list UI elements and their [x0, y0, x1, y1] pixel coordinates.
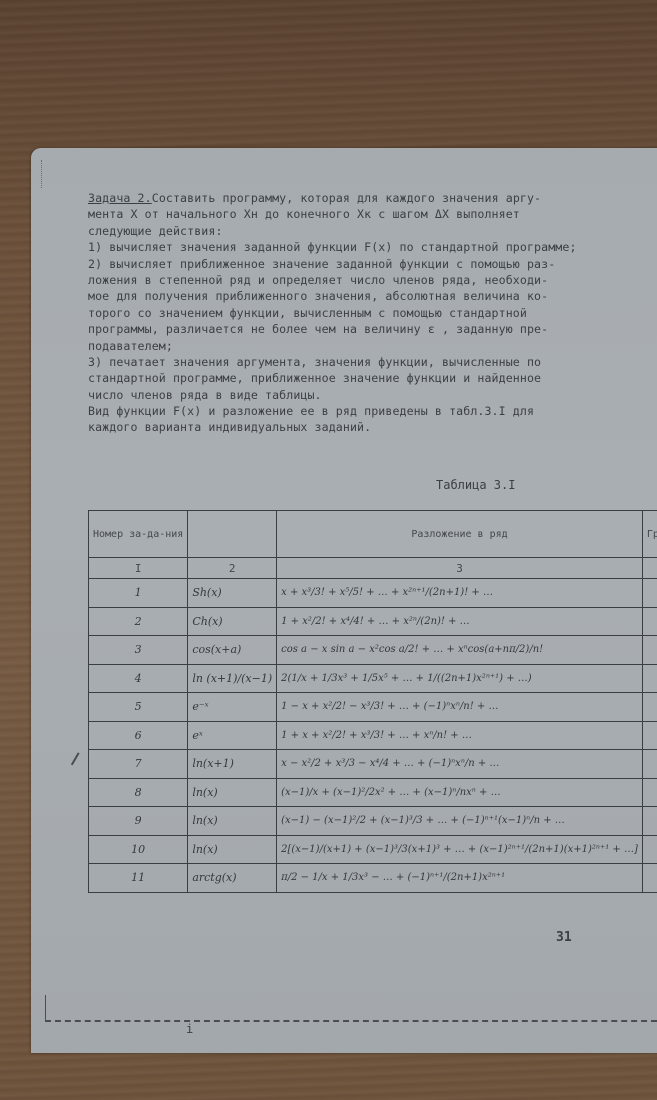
table-row: 1Sh(x)x + x³/3! + x⁵/5! + … + x²ⁿ⁺¹/(2n+… — [89, 579, 657, 608]
function-cell: ln(x) — [188, 778, 277, 807]
bounds-cell: |x| < ∞ — [642, 579, 657, 608]
text-line: 1) вычисляет значения заданной функции F… — [88, 239, 608, 255]
text-line: каждого варианта индивидуальных заданий. — [88, 419, 608, 435]
series-cell: cos a − x sin a − x²cos a/2! + … + xⁿcos… — [277, 636, 643, 665]
task-number: 7 — [89, 750, 188, 779]
task-number: 9 — [89, 807, 188, 836]
header-bounds: Границы аргумента — [642, 511, 657, 558]
bounds-cell: |x| < ∞ — [642, 721, 657, 750]
table-row: 10ln(x)2[(x−1)/(x+1) + (x−1)³/3(x+1)³ + … — [89, 835, 657, 864]
bounds-cell: x > 0 — [642, 835, 657, 864]
margin-dots — [41, 160, 44, 188]
series-cell: 1 + x + x²/2! + x³/3! + … + xⁿ/n! + … — [277, 721, 643, 750]
task-number: 6 — [89, 721, 188, 750]
function-cell: eˣ — [188, 721, 277, 750]
table-row: 4ln (x+1)/(x−1)2(1/x + 1/3x³ + 1/5x⁵ + …… — [89, 664, 657, 693]
bounds-cell: 0 < |x| < 1 — [642, 750, 657, 779]
column-index-row: I 2 3 4 — [89, 558, 657, 579]
bottom-border-line — [45, 1020, 657, 1022]
bounds-cell: |x| < ∞ — [642, 636, 657, 665]
bounds-cell: |x| < ∞ — [642, 693, 657, 722]
bounds-cell: x > 1/2 — [642, 778, 657, 807]
text-line: Вид функции F(x) и разложение ее в ряд п… — [88, 403, 608, 419]
text-line: мое для получения приближенного значения… — [88, 288, 608, 304]
series-table: Номер за-да-ния Разложение в ряд Границы… — [88, 510, 657, 893]
function-cell: e⁻ˣ — [188, 693, 277, 722]
table-row: 2Ch(x)1 + x²/2! + x⁴/4! + … + x²ⁿ/(2n)! … — [89, 607, 657, 636]
function-cell: ln (x+1)/(x−1) — [188, 664, 277, 693]
series-cell: (x−1) − (x−1)²/2 + (x−1)³/3 + … + (−1)ⁿ⁺… — [277, 807, 643, 836]
table-header-row: Номер за-да-ния Разложение в ряд Границы… — [89, 511, 657, 558]
table-caption: Таблица 3.I — [436, 478, 515, 492]
table-row: 9ln(x)(x−1) − (x−1)²/2 + (x−1)³/3 + … + … — [89, 807, 657, 836]
bounds-cell: |x| < ∞ — [642, 607, 657, 636]
bounds-cell: |x| > 1 — [642, 664, 657, 693]
function-cell: Ch(x) — [188, 607, 277, 636]
text-line: следующие действия: — [88, 223, 608, 239]
series-cell: (x−1)/x + (x−1)²/2x² + … + (x−1)ⁿ/nxⁿ + … — [277, 778, 643, 807]
function-cell: cos(x+a) — [188, 636, 277, 665]
table-row: 5e⁻ˣ1 − x + x²/2! − x³/3! + … + (−1)ⁿxⁿ/… — [89, 693, 657, 722]
header-task-number: Номер за-да-ния — [89, 511, 188, 558]
series-cell: x + x³/3! + x⁵/5! + … + x²ⁿ⁺¹/(2n+1)! + … — [277, 579, 643, 608]
bottom-mark: i — [186, 1022, 193, 1036]
task-heading: Задача 2. — [88, 191, 152, 205]
text-line: мента X от начального Xн до конечного Xк… — [88, 206, 608, 222]
text-line: программы, различается не более чем на в… — [88, 321, 608, 337]
series-cell: 1 + x²/2! + x⁴/4! + … + x²ⁿ/(2n)! + … — [277, 607, 643, 636]
header-function — [188, 511, 277, 558]
task-number: 5 — [89, 693, 188, 722]
function-cell: ln(x) — [188, 835, 277, 864]
text-line: Задача 2.Составить программу, которая дл… — [88, 190, 608, 206]
text-line: стандартной программе, приближенное знач… — [88, 370, 608, 386]
text-line: 3) печатает значения аргумента, значения… — [88, 354, 608, 370]
series-cell: 1 − x + x²/2! − x³/3! + … + (−1)ⁿxⁿ/n! +… — [277, 693, 643, 722]
text-line: подавателем; — [88, 338, 608, 354]
text-line: 2) вычисляет приближенное значение задан… — [88, 256, 608, 272]
task-number: 2 — [89, 607, 188, 636]
text-line: торого со значением функции, вычисленным… — [88, 305, 608, 321]
task-number: 3 — [89, 636, 188, 665]
task-number: 8 — [89, 778, 188, 807]
page-number: 31 — [556, 930, 572, 945]
series-cell: 2[(x−1)/(x+1) + (x−1)³/3(x+1)³ + … + (x−… — [277, 835, 643, 864]
text-line: число членов ряда в виде таблицы. — [88, 387, 608, 403]
function-cell: ln(x+1) — [188, 750, 277, 779]
series-cell: 2(1/x + 1/3x³ + 1/5x⁵ + … + 1/((2n+1)x²ⁿ… — [277, 664, 643, 693]
table-row: 11arctg(x)π/2 − 1/x + 1/3x³ − … + (−1)ⁿ⁺… — [89, 864, 657, 893]
bounds-cell: 0 < x ≤ 2 — [642, 807, 657, 836]
table-row: 6eˣ1 + x + x²/2! + x³/3! + … + xⁿ/n! + …… — [89, 721, 657, 750]
task-number: 1 — [89, 579, 188, 608]
table-row: 8ln(x)(x−1)/x + (x−1)²/2x² + … + (x−1)ⁿ/… — [89, 778, 657, 807]
function-cell: Sh(x) — [188, 579, 277, 608]
header-series: Разложение в ряд — [277, 511, 643, 558]
series-cell: x − x²/2 + x³/3 − x⁴/4 + … + (−1)ⁿxⁿ/n +… — [277, 750, 643, 779]
function-cell: ln(x) — [188, 807, 277, 836]
series-cell: π/2 − 1/x + 1/3x³ − … + (−1)ⁿ⁺¹/(2n+1)x²… — [277, 864, 643, 893]
border-tick — [45, 995, 46, 1020]
task-number: 11 — [89, 864, 188, 893]
task-description: Задача 2.Составить программу, которая дл… — [88, 190, 608, 436]
task-number: 4 — [89, 664, 188, 693]
bounds-cell: |x| > 1 — [642, 864, 657, 893]
text-line: ложения в степенной ряд и определяет чис… — [88, 272, 608, 288]
table-row: 7ln(x+1)x − x²/2 + x³/3 − x⁴/4 + … + (−1… — [89, 750, 657, 779]
task-number: 10 — [89, 835, 188, 864]
function-cell: arctg(x) — [188, 864, 277, 893]
table-row: 3cos(x+a)cos a − x sin a − x²cos a/2! + … — [89, 636, 657, 665]
